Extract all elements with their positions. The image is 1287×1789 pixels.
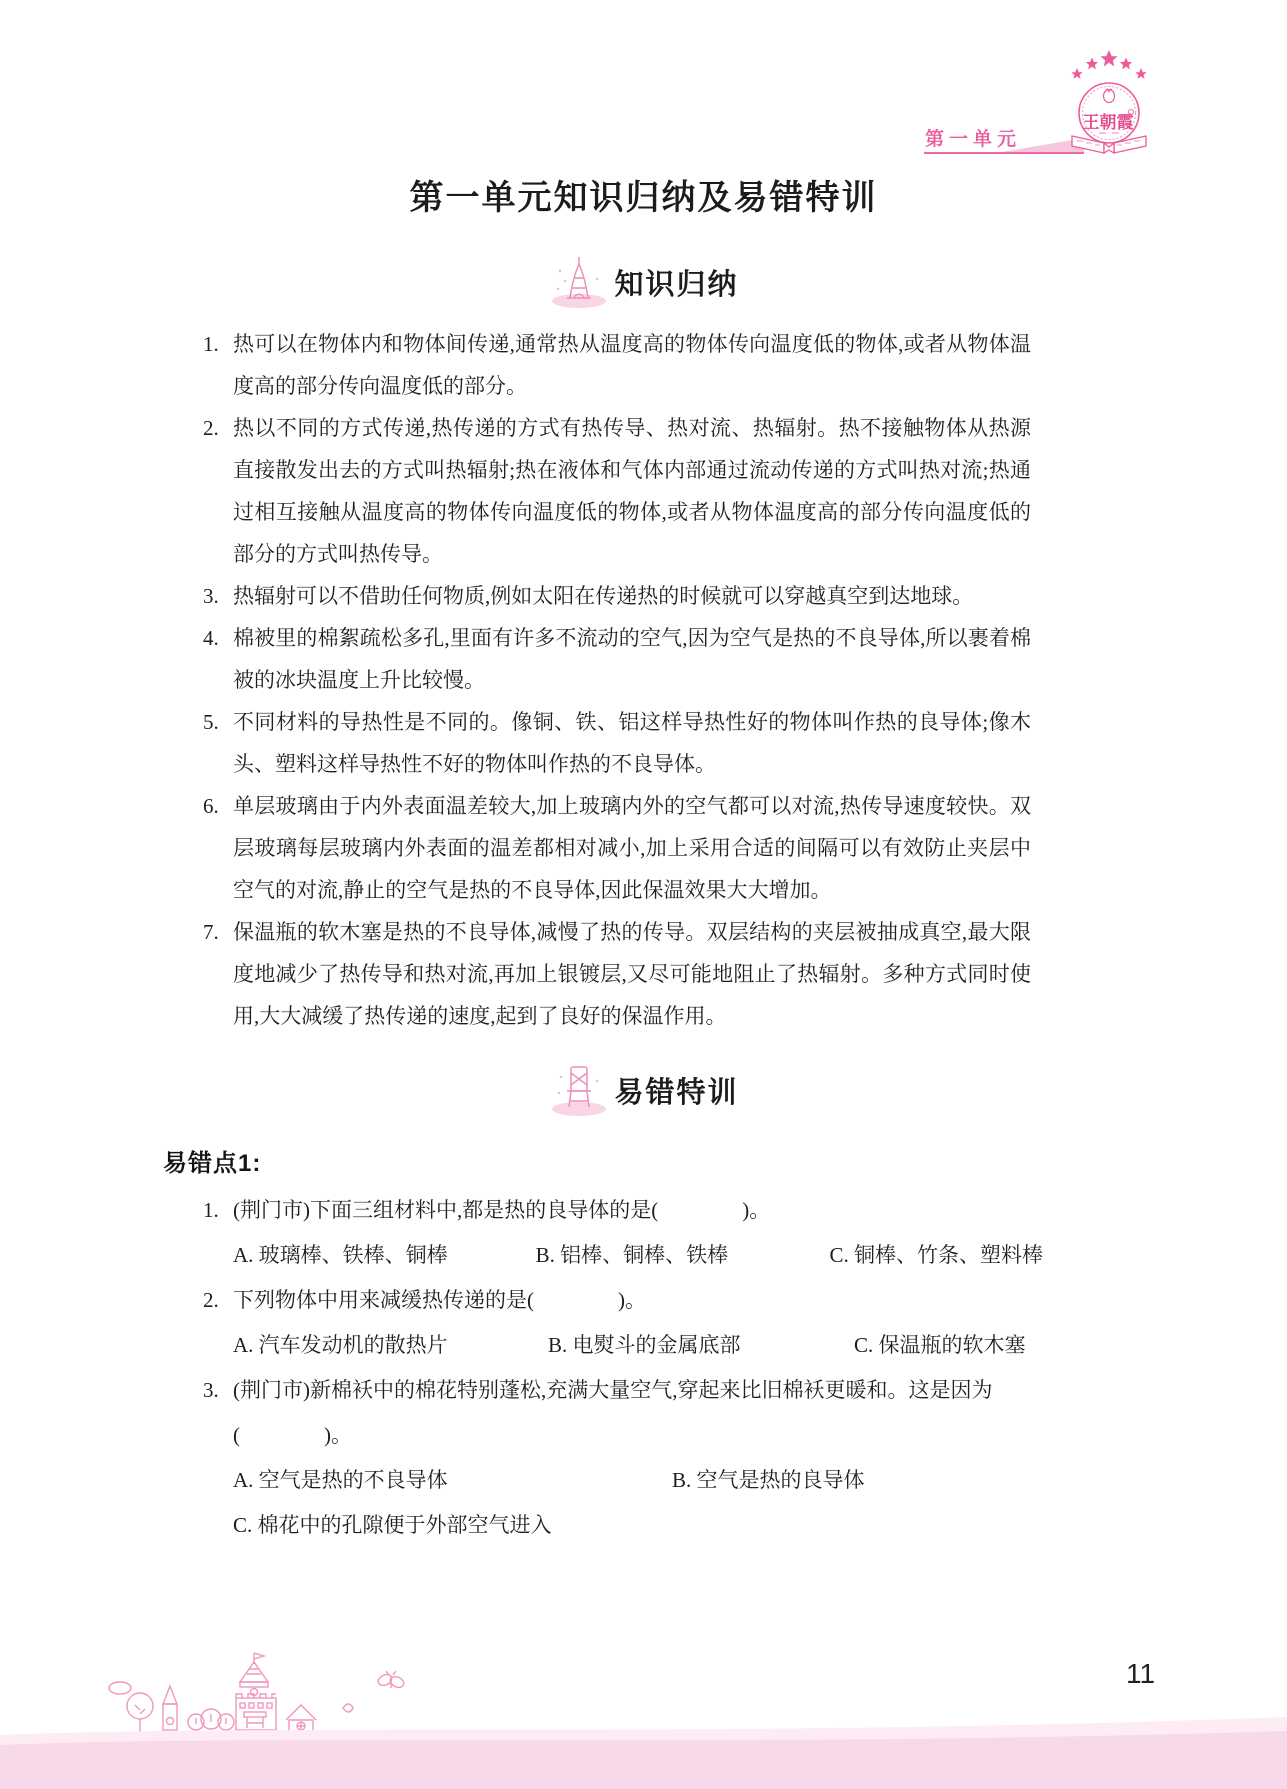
question-number: 1. (203, 1188, 219, 1233)
item-text: 棉被里的棉絮疏松多孔,里面有许多不流动的空气,因为空气是热的不良导体,所以裹着棉… (233, 626, 1031, 692)
item-text: 不同材料的导热性是不同的。像铜、铁、铝这样导热性好的物体叫作热的良导体;像木头、… (233, 710, 1031, 776)
option-a: A. 空气是热的不良导体 (233, 1458, 672, 1503)
item-number: 5. (203, 701, 219, 743)
item-text: 热以不同的方式传递,热传递的方式有热传导、热对流、热辐射。热不接触物体从热源直接… (233, 416, 1031, 566)
knowledge-point: 4. 棉被里的棉絮疏松多孔,里面有许多不流动的空气,因为空气是热的不良导体,所以… (203, 617, 1031, 701)
question-1-options: A. 玻璃棒、铁棒、铜棒 B. 铝棒、铜棒、铁棒 C. 铜棒、竹条、塑料棒 (233, 1233, 1043, 1278)
question-text: (荆门市)新棉袄中的棉花特别蓬松,充满大量空气,穿起来比旧棉袄更暖和。这是因为(… (233, 1378, 992, 1447)
knowledge-badge-label: 知识归纳 (614, 262, 738, 309)
cloud-doodle-icon (109, 1682, 131, 1694)
error-training-badge: 易错特训 (0, 1059, 1287, 1117)
question-3-options-row-1: A. 空气是热的不良导体 B. 空气是热的良导体 (233, 1458, 1043, 1503)
unit-label: 第一单元 (925, 124, 1021, 151)
knowledge-point: 1. 热可以在物体内和物体间传递,通常热从温度高的物体传向温度低的物体,或者从物… (203, 323, 1031, 407)
knowledge-badge: 知识归纳 (0, 251, 1287, 309)
footer-wave (0, 1709, 1287, 1789)
question-number: 2. (203, 1278, 219, 1323)
option-c: C. 棉花中的孔隙便于外部空气进入 (233, 1503, 552, 1548)
chair-doodle-icon (548, 1059, 610, 1117)
item-number: 7. (203, 911, 219, 953)
item-number: 1. (203, 323, 219, 365)
question-number: 3. (203, 1368, 219, 1413)
option-b: B. 电熨斗的金属底部 (548, 1323, 854, 1368)
tower-doodle-icon (548, 251, 610, 309)
knowledge-point: 3. 热辐射可以不借助任何物质,例如太阳在传递热的时候就可以穿越真空到达地球。 (203, 575, 1031, 617)
knowledge-point: 7. 保温瓶的软木塞是热的不良导体,减慢了热的传导。双层结构的夹层被抽成真空,最… (203, 911, 1031, 1037)
questions-section: 1. (荆门市)下面三组材料中,都是热的良导体的是( )。 A. 玻璃棒、铁棒、… (203, 1188, 1043, 1548)
item-text: 保温瓶的软木塞是热的不良导体,减慢了热的传导。双层结构的夹层被抽成真空,最大限度… (233, 920, 1031, 1028)
option-b: B. 空气是热的良导体 (672, 1458, 865, 1503)
item-text: 热可以在物体内和物体间传递,通常热从温度高的物体传向温度低的物体,或者从物体温度… (233, 332, 1031, 398)
question-1: 1. (荆门市)下面三组材料中,都是热的良导体的是( )。 A. 玻璃棒、铁棒、… (203, 1188, 1043, 1278)
option-c: C. 铜棒、竹条、塑料棒 (829, 1233, 1043, 1278)
question-3-options-row-2: C. 棉花中的孔隙便于外部空气进入 (233, 1503, 1043, 1548)
page-number: 11 (1126, 1658, 1155, 1690)
item-text: 热辐射可以不借助任何物质,例如太阳在传递热的时候就可以穿越真空到达地球。 (233, 584, 973, 608)
butterfly-doodle-icon (377, 1671, 406, 1689)
item-text: 单层玻璃由于内外表面温差较大,加上玻璃内外的空气都可以对流,热传导速度较快。双层… (233, 794, 1031, 902)
item-number: 4. (203, 617, 219, 659)
option-a: A. 玻璃棒、铁棒、铜棒 (233, 1233, 536, 1278)
knowledge-list: 1. 热可以在物体内和物体间传递,通常热从温度高的物体传向温度低的物体,或者从物… (203, 323, 1031, 1037)
option-c: C. 保温瓶的软木塞 (854, 1323, 1026, 1368)
question-text: (荆门市)下面三组材料中,都是热的良导体的是( )。 (233, 1198, 770, 1222)
item-number: 3. (203, 575, 219, 617)
option-a: A. 汽车发动机的散热片 (233, 1323, 548, 1368)
workbook-page: 第一单元 王朝霞 第一单元知识归纳及易错特训 (0, 0, 1287, 1789)
question-text: 下列物体中用来减缓热传递的是( )。 (233, 1288, 646, 1312)
question-2: 2. 下列物体中用来减缓热传递的是( )。 A. 汽车发动机的散热片 B. 电熨… (203, 1278, 1043, 1368)
header-rule (924, 152, 1084, 154)
knowledge-point: 6. 单层玻璃由于内外表面温差较大,加上玻璃内外的空气都可以对流,热传导速度较快… (203, 785, 1031, 911)
stars-icon (1071, 50, 1146, 79)
item-number: 2. (203, 407, 219, 449)
error-point-heading: 易错点1: (163, 1143, 1287, 1178)
item-number: 6. (203, 785, 219, 827)
knowledge-point: 5. 不同材料的导热性是不同的。像铜、铁、铝这样导热性好的物体叫作热的良导体;像… (203, 701, 1031, 785)
option-b: B. 铝棒、铜棒、铁棒 (536, 1233, 830, 1278)
error-training-badge-label: 易错特训 (614, 1070, 738, 1117)
brand-name: 王朝霞 (1083, 112, 1134, 132)
knowledge-point: 2. 热以不同的方式传递,热传递的方式有热传导、热对流、热辐射。热不接触物体从热… (203, 407, 1031, 575)
question-3: 3. (荆门市)新棉袄中的棉花特别蓬松,充满大量空气,穿起来比旧棉袄更暖和。这是… (203, 1368, 1043, 1548)
question-2-options: A. 汽车发动机的散热片 B. 电熨斗的金属底部 C. 保温瓶的软木塞 (233, 1323, 1043, 1368)
brand-stamp-icon: 王朝霞 (1066, 50, 1152, 158)
